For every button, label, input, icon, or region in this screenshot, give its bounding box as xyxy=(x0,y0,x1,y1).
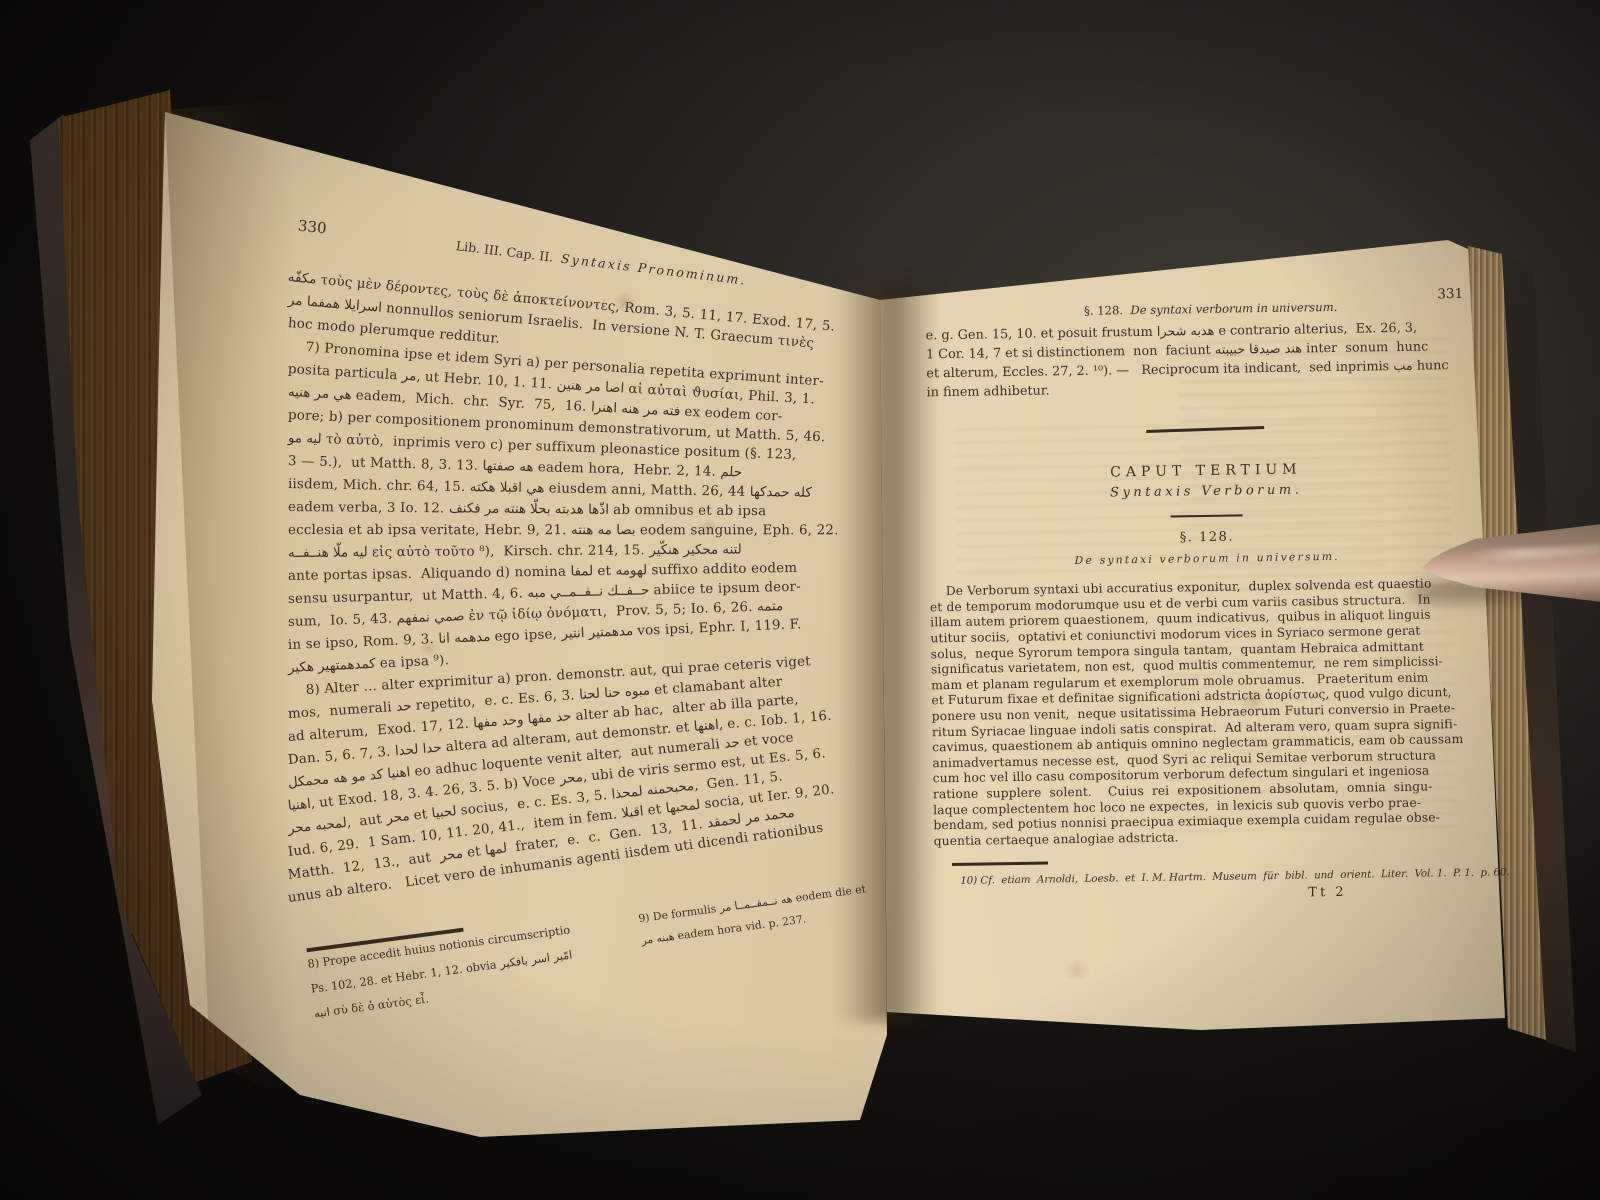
section-divider-rule xyxy=(1146,426,1264,433)
right-page-body-text: De Verborum syntaxi ubi accuratius expon… xyxy=(930,576,1490,850)
running-head-title: De syntaxi verborum in universum. xyxy=(1130,300,1337,317)
left-page-number: 330 xyxy=(297,217,327,238)
right-page-text-block: §. 128. De syntaxi verborum in universum… xyxy=(925,284,1491,907)
intro-paragraph: e. g. Gen. 15, 10. et posuit frustum هدب… xyxy=(926,318,1483,403)
footnote-separator-rule xyxy=(952,862,1048,866)
section-title: De syntaxi verborum in universum. xyxy=(929,548,1485,570)
running-head-section: §. 128. xyxy=(1084,303,1131,318)
left-page-body-text: مكفّه τοὺς μὲν δέροντες, τοὺς δὲ ἀποκτεί… xyxy=(288,266,873,910)
right-page-number: 331 xyxy=(1437,286,1463,302)
foxing-spot xyxy=(1060,960,1094,980)
heading-divider-rule xyxy=(1171,514,1243,518)
chapter-subheading: Syntaxis Verborum. xyxy=(928,479,1484,503)
photograph-of-open-book: { "left_page": { "page_number": "330", "… xyxy=(0,0,1600,1200)
chapter-heading: CAPUT TERTIUM xyxy=(928,458,1484,483)
section-number: §. 128. xyxy=(929,526,1485,550)
